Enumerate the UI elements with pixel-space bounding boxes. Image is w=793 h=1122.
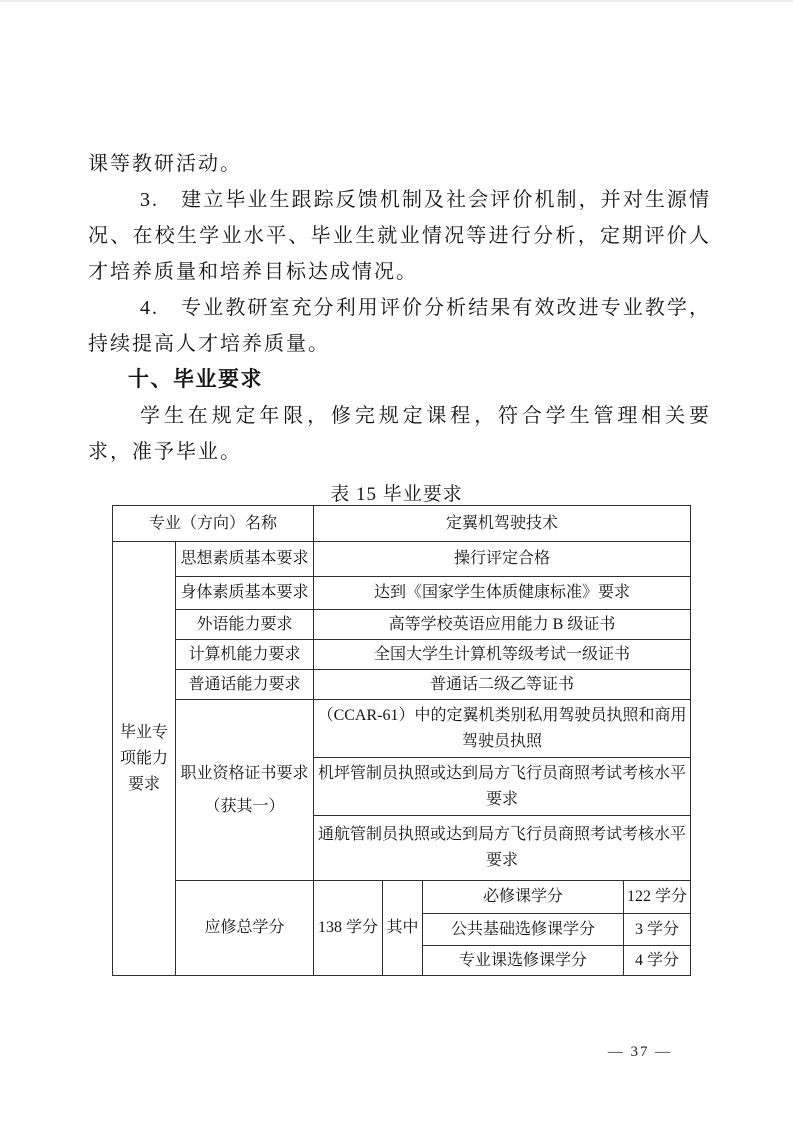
section-heading: 十、毕业要求 xyxy=(88,362,711,398)
requirement-value-cell: 达到《国家学生体质健康标准》要求 xyxy=(314,577,691,610)
certificate-option-cell: 机坪管制员执照或达到局方飞行员商照考试考核水平要求 xyxy=(314,758,691,816)
table-row: 外语能力要求 高等学校英语应用能力 B 级证书 xyxy=(113,610,691,640)
major-name-label-cell: 专业（方向）名称 xyxy=(113,506,314,542)
requirement-label-cell: 普通话能力要求 xyxy=(176,670,314,700)
table-row: 毕业专项能力要求 思想素质基本要求 操行评定合格 xyxy=(113,542,691,577)
among-which-cell: 其中 xyxy=(383,881,423,976)
certificate-label-line2: （获其一） xyxy=(179,790,310,823)
table-row: 计算机能力要求 全国大学生计算机等级考试一级证书 xyxy=(113,640,691,670)
requirement-label-cell: 身体素质基本要求 xyxy=(176,577,314,610)
certificate-label-cell: 职业资格证书要求 （获其一） xyxy=(176,700,314,881)
certificate-option-cell: 通航管制员执照或达到局方飞行员商照考试考核水平要求 xyxy=(314,816,691,881)
credit-breakdown-value-cell: 122 学分 xyxy=(624,881,691,914)
requirement-value-cell: 操行评定合格 xyxy=(314,542,691,577)
certificate-option-cell: （CCAR-61）中的定翼机类别私用驾驶员执照和商用驾驶员执照 xyxy=(314,700,691,758)
requirement-label-cell: 思想素质基本要求 xyxy=(176,542,314,577)
paragraph-graduation: 学生在规定年限，修完规定课程，符合学生管理相关要求，准予毕业。 xyxy=(88,398,711,470)
requirement-value-cell: 全国大学生计算机等级考试一级证书 xyxy=(314,640,691,670)
total-credits-value-cell: 138 学分 xyxy=(314,881,383,976)
total-credits-label-cell: 应修总学分 xyxy=(176,881,314,976)
credit-breakdown-label-cell: 公共基础选修课学分 xyxy=(423,914,624,946)
paragraph-continuation: 课等教研活动。 xyxy=(88,146,711,182)
major-name-value-cell: 定翼机驾驶技术 xyxy=(314,506,691,542)
requirement-label-cell: 计算机能力要求 xyxy=(176,640,314,670)
table-row: 职业资格证书要求 （获其一） （CCAR-61）中的定翼机类别私用驾驶员执照和商… xyxy=(113,700,691,758)
body-text: 课等教研活动。 3. 建立毕业生跟踪反馈机制及社会评价机制，并对生源情况、在校生… xyxy=(88,146,711,470)
credit-breakdown-value-cell: 3 学分 xyxy=(624,914,691,946)
credit-breakdown-label-cell: 专业课选修课学分 xyxy=(423,946,624,976)
credit-breakdown-value-cell: 4 学分 xyxy=(624,946,691,976)
table-row: 应修总学分 138 学分 其中 必修课学分 122 学分 xyxy=(113,881,691,914)
requirement-value-cell: 普通话二级乙等证书 xyxy=(314,670,691,700)
table-caption: 表 15 毕业要求 xyxy=(0,479,793,506)
group-label-cell: 毕业专项能力要求 xyxy=(113,542,176,976)
requirement-label-cell: 外语能力要求 xyxy=(176,610,314,640)
page-number: — 37 — xyxy=(577,1044,703,1061)
table-row: 专业（方向）名称 定翼机驾驶技术 xyxy=(113,506,691,542)
requirement-value-cell: 高等学校英语应用能力 B 级证书 xyxy=(314,610,691,640)
document-page: 课等教研活动。 3. 建立毕业生跟踪反馈机制及社会评价机制，并对生源情况、在校生… xyxy=(0,0,793,1122)
credit-breakdown-label-cell: 必修课学分 xyxy=(423,881,624,914)
graduation-requirements-table: 专业（方向）名称 定翼机驾驶技术 毕业专项能力要求 思想素质基本要求 操行评定合… xyxy=(112,505,691,976)
certificate-label-line1: 职业资格证书要求 xyxy=(179,757,310,790)
table-row: 身体素质基本要求 达到《国家学生体质健康标准》要求 xyxy=(113,577,691,610)
paragraph-item-4: 4. 专业教研室充分利用评价分析结果有效改进专业教学，持续提高人才培养质量。 xyxy=(88,290,711,362)
table-row: 普通话能力要求 普通话二级乙等证书 xyxy=(113,670,691,700)
paragraph-item-3: 3. 建立毕业生跟踪反馈机制及社会评价机制，并对生源情况、在校生学业水平、毕业生… xyxy=(88,182,711,290)
